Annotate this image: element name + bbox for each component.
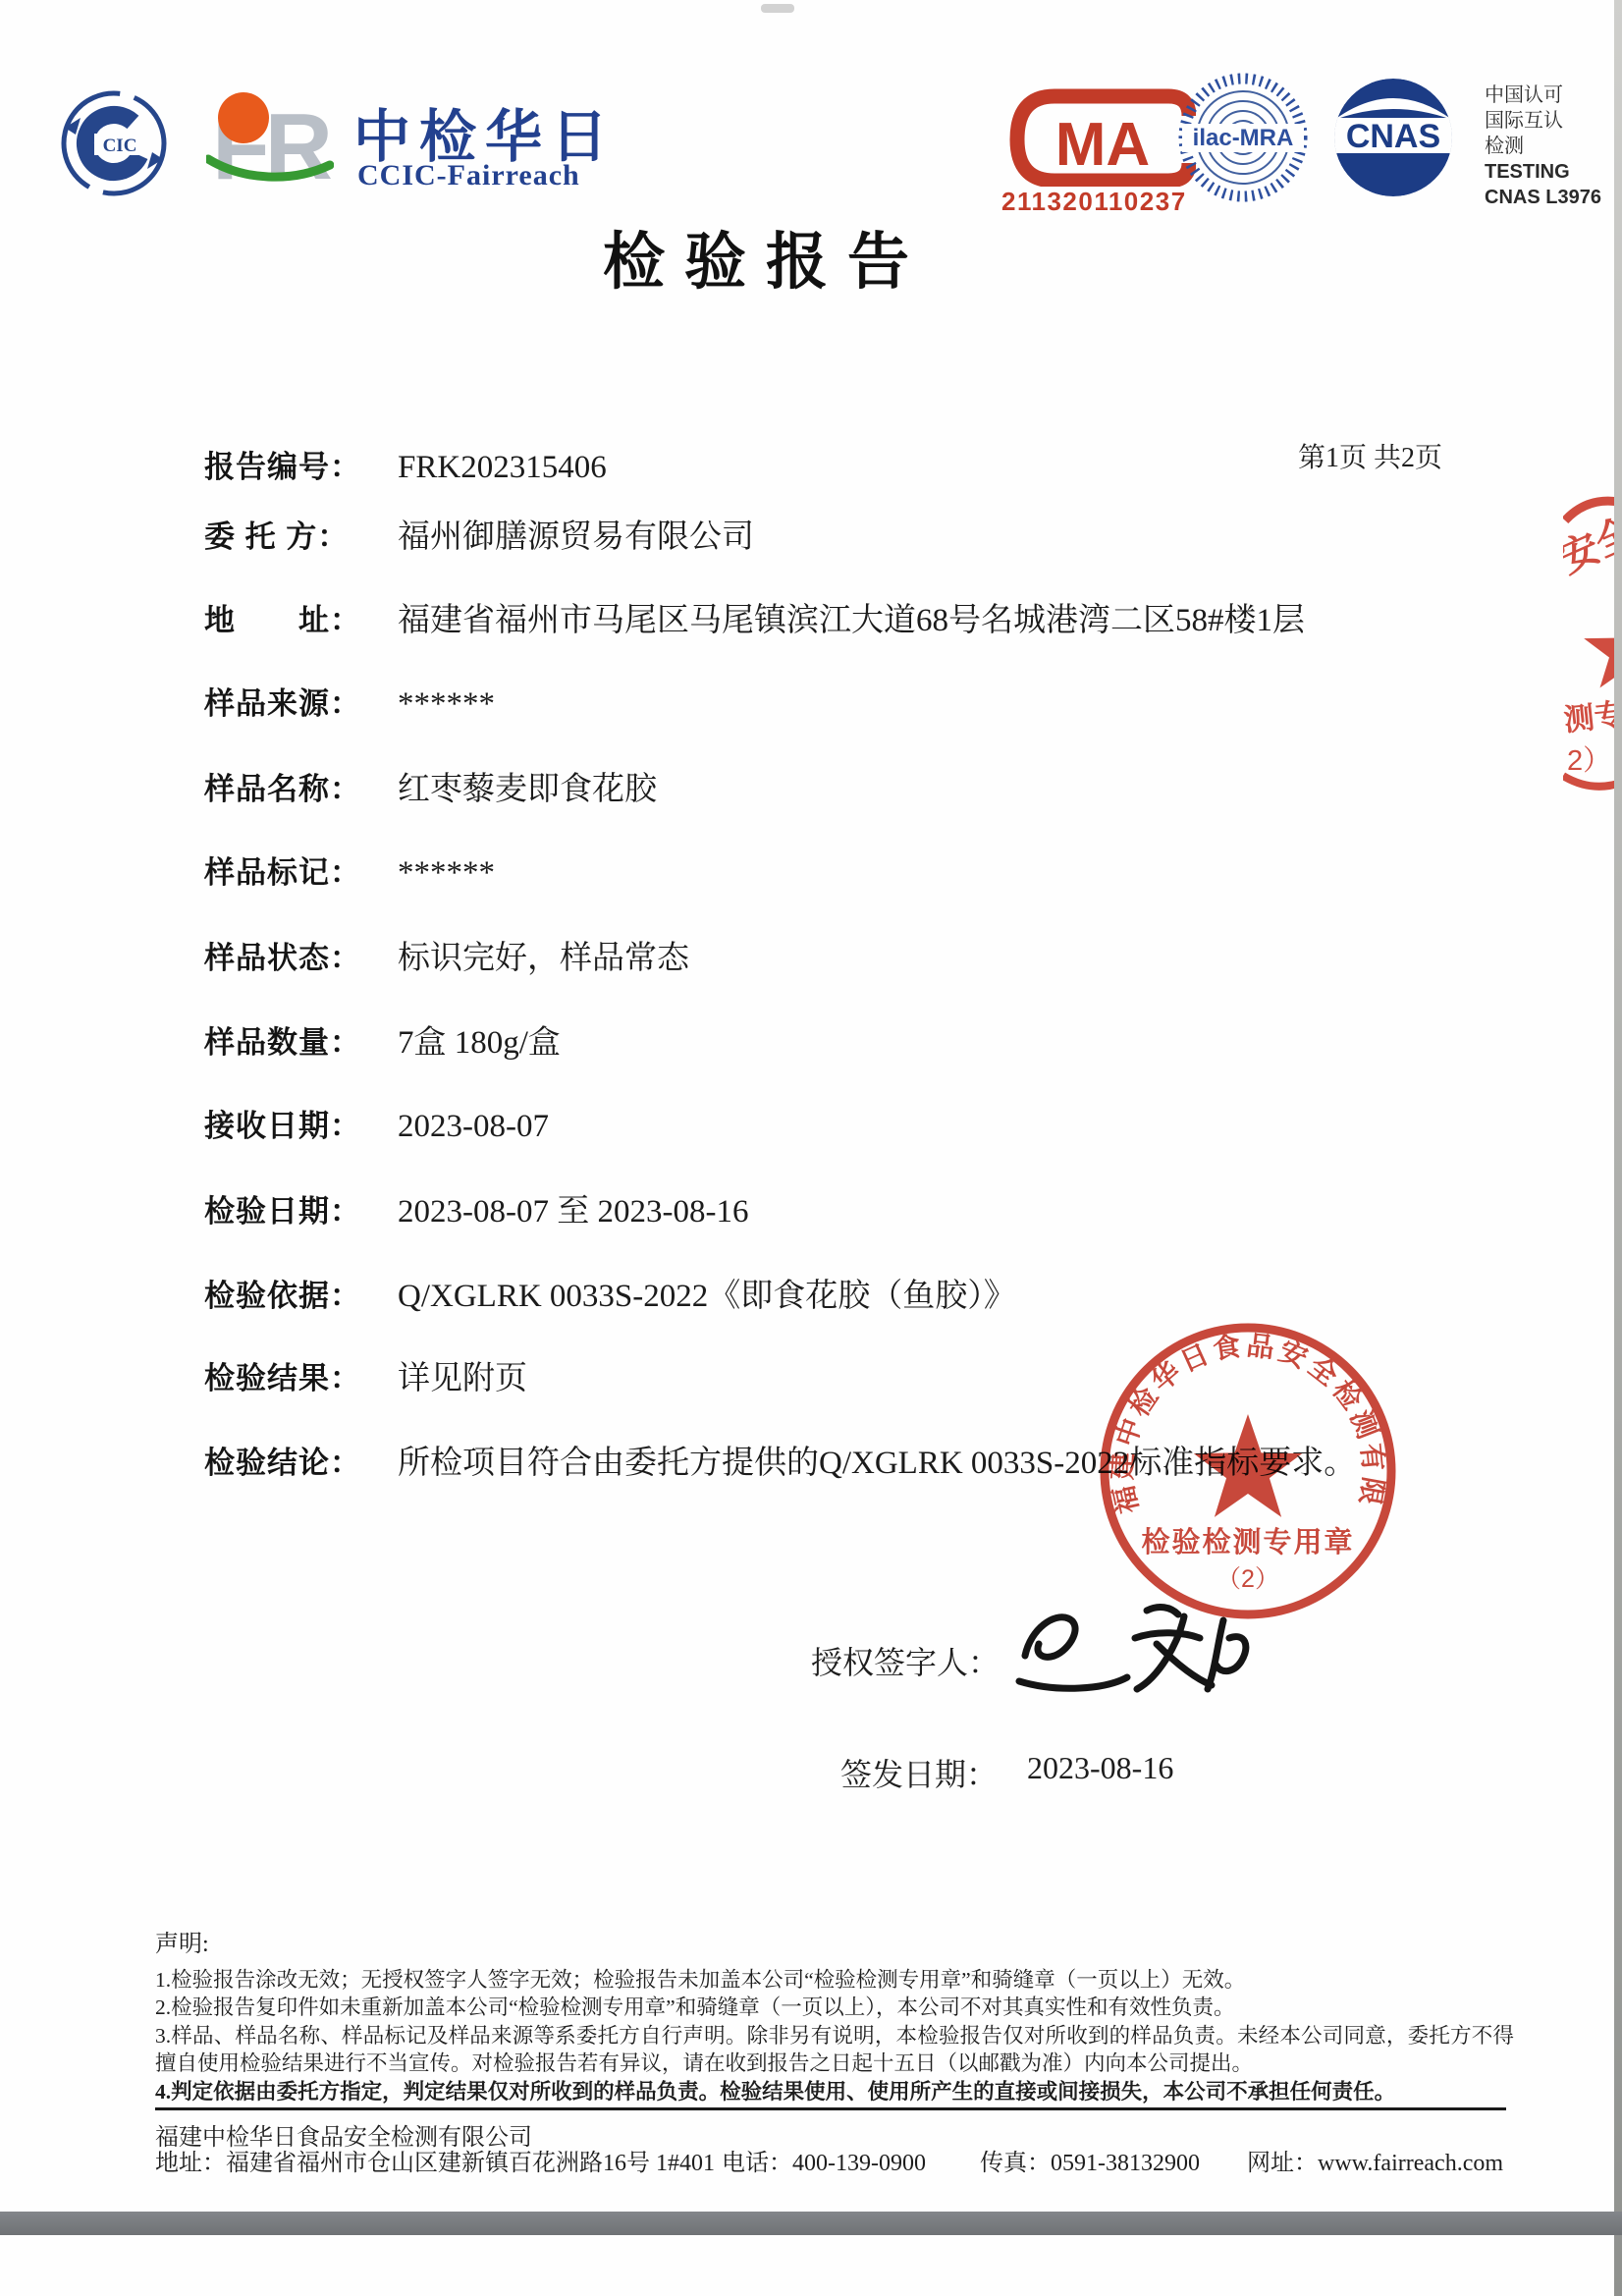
field-label: 检验日期： [204, 1186, 398, 1230]
page-title: 检验报告 [603, 212, 929, 301]
field-row-sample-condition: 样品状态： 标识完好，样品常态 [204, 932, 689, 978]
cnas-logo-icon: CNAS [1330, 75, 1456, 200]
field-row-report-no: 报告编号： FRK202315406 [204, 442, 607, 486]
footer-website: 网址：www.fairreach.com [1247, 2143, 1503, 2177]
edge-stamp-top-text: 安全 [1563, 510, 1622, 581]
svg-text:ilac-MRA: ilac-MRA [1193, 125, 1294, 151]
field-row-client: 委 托 方： 福州御膳源贸易有限公司 [204, 511, 754, 557]
authorized-signer-label: 授权签字人： [811, 1638, 1000, 1683]
field-value: 2023-08-07 [398, 1109, 549, 1145]
field-label: 样品数量： [204, 1017, 398, 1062]
field-row-test-date: 检验日期： 2023-08-07 至 2023-08-16 [204, 1185, 748, 1231]
issue-date-label: 签发日期： [840, 1750, 998, 1795]
field-row-address: 地 址： 福建省福州市马尾区马尾镇滨江大道68号名城港湾二区58#楼1层 [204, 594, 1305, 640]
accreditation-text-block: 中国认可 国际互认 检测 TESTING CNAS L3976 [1485, 82, 1601, 210]
field-value: ****** [398, 686, 495, 723]
field-row-test-result: 检验结果： 详见附页 [204, 1352, 527, 1398]
issue-date-value: 2023-08-16 [1027, 1750, 1173, 1786]
field-value: 福州御膳源贸易有限公司 [398, 511, 754, 557]
inspection-report-page: CIC FR 中检华日 CCIC-Fairreach MA 2113201102… [0, 0, 1622, 2296]
field-row-sample-name: 样品名称： 红枣藜麦即食花胶 [204, 763, 657, 809]
statement-item: 1.检验报告涂改无效；无授权签字人签字无效；检验报告未加盖本公司“检验检测专用章… [155, 1966, 1514, 1995]
edge-stamp-middle-text: 测专 [1563, 697, 1622, 738]
cma-mark-icon: MA [1000, 71, 1196, 187]
ilac-mra-logo-icon: ilac-MRA [1176, 71, 1310, 204]
field-value: 7盒 180g/盒 [398, 1016, 561, 1063]
statement-heading: 声明: [155, 1931, 1514, 1959]
field-value: FRK202315406 [398, 450, 607, 486]
field-value: 标识完好，样品常态 [398, 932, 689, 978]
field-value: ****** [398, 855, 495, 892]
edge-seal-stamp-partial: 安全 测专 2） [1563, 483, 1622, 797]
ccic-logo-icon: CIC [59, 88, 169, 198]
accreditation-line: 中国认可 [1485, 82, 1601, 108]
field-row-sample-quantity: 样品数量： 7盒 180g/盒 [204, 1016, 561, 1063]
scan-edge-right [1614, 0, 1622, 2296]
accreditation-line: TESTING [1485, 159, 1601, 185]
field-value: 红枣藜麦即食花胶 [398, 763, 657, 809]
statement-item: 4.判定依据由委托方指定，判定结果仅对所收到的样品负责。检验结果使用、使用所产生… [155, 2078, 1514, 2106]
fairreach-logo-icon: FR [206, 82, 334, 202]
field-value: 福建省福州市马尾区马尾镇滨江大道68号名城港湾二区58#楼1层 [398, 594, 1305, 640]
footer-address: 地址：福建省福州市仓山区建新镇百花洲路16号 1#401 [155, 2143, 715, 2177]
field-label: 样品状态： [204, 933, 398, 977]
accreditation-line: 国际互认 [1485, 108, 1601, 134]
stamp-star-icon [1194, 1414, 1302, 1517]
edge-stamp-bottom-text: 2） [1567, 745, 1611, 777]
svg-text:CIC: CIC [103, 136, 137, 156]
scan-edge-bottom [0, 2212, 1622, 2235]
field-label: 检验结果： [204, 1353, 398, 1397]
cma-certificate-number: 211320110237 [1001, 187, 1187, 217]
statement-item: 2.检验报告复印件如未重新加盖本公司“检验检测专用章”和骑缝章（一页以上），本公… [155, 1994, 1514, 2022]
accreditation-line: CNAS L3976 [1485, 185, 1601, 210]
page-number: 第1页 共2页 [1298, 436, 1442, 475]
scan-smudge [761, 4, 794, 13]
field-label: 检验依据： [204, 1271, 398, 1315]
footer-divider [155, 2107, 1506, 2110]
field-label: 地 址： [204, 595, 398, 639]
field-row-sample-source: 样品来源： ****** [204, 679, 495, 723]
brand-name-en: CCIC-Fairreach [357, 159, 580, 192]
field-label: 接收日期： [204, 1101, 398, 1145]
stamp-purpose-text: 检验检测专用章 [1141, 1525, 1354, 1558]
field-row-test-basis: 检验依据： Q/XGLRK 0033S-2022《即食花胶（鱼胶）》 [204, 1270, 1016, 1316]
field-row-received-date: 接收日期： 2023-08-07 [204, 1101, 549, 1145]
field-value: 2023-08-07 至 2023-08-16 [398, 1185, 748, 1231]
statement-item: 3.样品、样品名称、样品标记及样品来源等系委托方自行声明。除非另有说明，本检验报… [155, 2022, 1514, 2078]
field-label: 样品来源： [204, 679, 398, 723]
footer-phone: 电话：400-139-0900 [722, 2143, 926, 2177]
svg-text:CNAS: CNAS [1346, 118, 1440, 155]
field-label: 样品名称： [204, 764, 398, 808]
handwritten-signature [1009, 1583, 1255, 1721]
field-label: 委 托 方： [204, 512, 398, 556]
field-label: 报告编号： [204, 442, 398, 486]
footer-fax: 传真：0591-38132900 [980, 2143, 1200, 2177]
field-label: 样品标记： [204, 847, 398, 892]
field-value: 详见附页 [398, 1352, 527, 1398]
field-row-sample-mark: 样品标记： ****** [204, 847, 495, 892]
field-value: Q/XGLRK 0033S-2022《即食花胶（鱼胶）》 [398, 1270, 1016, 1316]
statement-section: 声明: 1.检验报告涂改无效；无授权签字人签字无效；检验报告未加盖本公司“检验检… [155, 1931, 1514, 2105]
official-seal-stamp: 福建中检华日食品安全检测有限公司 检验检测专用章 （2） [1091, 1314, 1405, 1628]
accreditation-line: 检测 [1485, 134, 1601, 159]
svg-text:MA: MA [1055, 111, 1150, 179]
field-label: 检验结论： [204, 1438, 398, 1482]
